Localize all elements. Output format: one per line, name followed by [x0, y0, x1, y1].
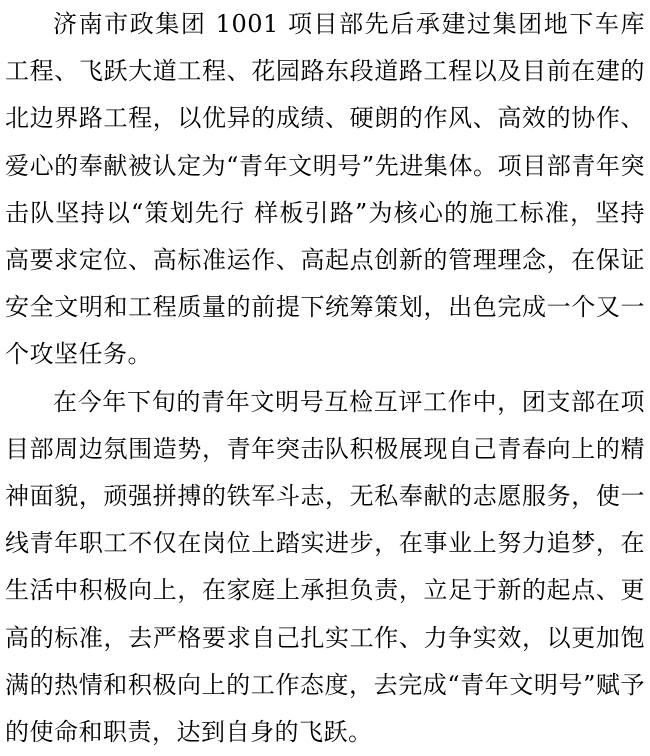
document-page: 济南市政集团 1001 项目部先后承建过集团地下车库工程、飞跃大道工程、花园路东… — [0, 0, 650, 756]
paragraph-1: 济南市政集团 1001 项目部先后承建过集团地下车库工程、飞跃大道工程、花园路东… — [5, 1, 645, 379]
paragraph-2: 在今年下旬的青年文明号互检互评工作中，团支部在项目部周边氛围造势，青年突击队积极… — [5, 379, 645, 756]
